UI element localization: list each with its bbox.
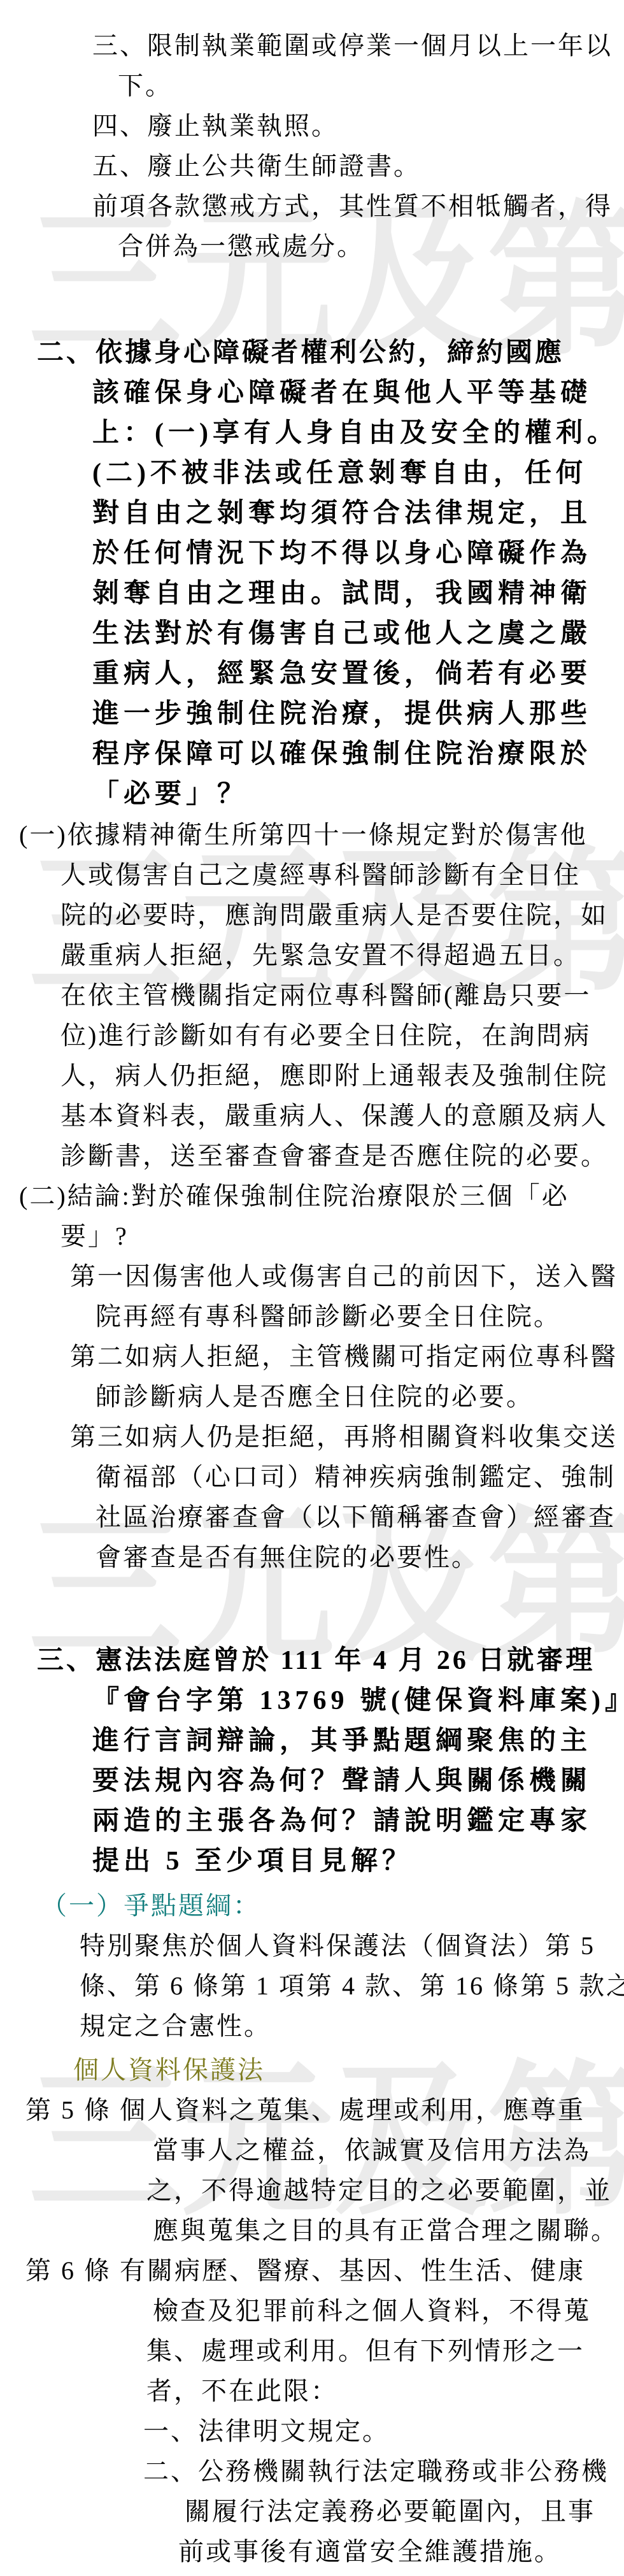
text-line: 三、憲法法庭曾於 111 年 4 月 26 日就審理 [0,1641,624,1681]
text-line: 合併為一懲戒處分。 [0,226,624,266]
text-line: 一、法律明文規定。 [0,2411,624,2451]
text-line: 集、處理或利用。但有下列情形之一 [0,2331,624,2371]
text-line: 程序保障可以確保強制住院治療限於 [0,734,624,775]
text-line: 第三如病人仍是拒絕，再將相關資料收集交送 [0,1417,624,1457]
document-page: 三元及第三元及第三元及第三元及第 三、限制執業範圍或停業一個月以上一年以下。四、… [0,0,624,2576]
text-line: 下。 [0,66,624,106]
text-line: 第一因傷害他人或傷害自己的前因下，送入醫 [0,1256,624,1296]
text-line: 於任何情況下均不得以身心障礙作為 [0,534,624,574]
text-line: 第二如病人拒絕，主管機關可指定兩位專科醫 [0,1336,624,1377]
text-line: 重病人，經緊急安置後，倘若有必要 [0,654,624,694]
text-line: 兩造的主張各為何？請說明鑑定專家 [0,1801,624,1842]
text-line: 當事人之權益，依誠實及信用方法為 [0,2130,624,2170]
text-line: 剝奪自由之理由。試問，我國精神衛 [0,574,624,614]
text-line: 個人資料保護法 [0,2050,624,2090]
text-line: 上：(一)享有人身自由及安全的權利。 [0,413,624,454]
text-line: 基本資料表，嚴重病人、保護人的意願及病人 [0,1096,624,1136]
text-line: 該確保身心障礙者在與他人平等基礎 [0,373,624,413]
text-line: 要法規內容為何？聲請人與關係機關 [0,1761,624,1801]
text-line: 特別聚焦於個人資料保護法（個資法）第 5 [0,1926,624,1966]
text-line: 人，病人仍拒絕，應即附上通報表及強制住院 [0,1055,624,1096]
text-line: (二)不被非法或任意剝奪自由，任何 [0,454,624,494]
text-line: 條、第 6 條第 1 項第 4 款、第 16 條第 5 款之 [0,1966,624,2006]
text-line: 三、限制執業範圍或停業一個月以上一年以 [0,25,624,66]
document-content: 三、限制執業範圍或停業一個月以上一年以下。四、廢止執業執照。五、廢止公共衛生師證… [0,0,624,2572]
text-line: 會審查是否有無住院的必要性。 [0,1537,624,1577]
text-line: 在依主管機關指定兩位專科醫師(離島只要一 [0,975,624,1015]
text-line: 師診斷病人是否應全日住院的必要。 [0,1377,624,1417]
text-line: 『會台字第 13769 號(健保資料庫案)』 [0,1681,624,1721]
text-line: 前或事後有適當安全維護措施。 [0,2531,624,2572]
text-line: 五、廢止公共衛生師證書。 [0,146,624,186]
text-line: 進行言詞辯論，其爭點題綱聚焦的主 [0,1721,624,1761]
text-line: 院的必要時，應詢問嚴重病人是否要住院，如 [0,895,624,935]
text-line: 第 5 條 個人資料之蒐集、處理或利用，應尊重 [0,2090,624,2130]
text-line: 衛福部（心口司）精神疾病強制鑑定、強制 [0,1457,624,1497]
text-line: 位)進行診斷如有有必要全日住院，在詢問病 [0,1015,624,1055]
text-line: 提出 5 至少項目見解？ [0,1842,624,1882]
text-line: 診斷書，送至審查會審查是否應住院的必要。 [0,1136,624,1176]
text-line: 「必要」？ [0,775,624,815]
text-line: 者，不在此限： [0,2371,624,2411]
text-line: 社區治療審查會（以下簡稱審查會）經審查 [0,1497,624,1537]
text-line: 檢查及犯罪前科之個人資料，不得蒐 [0,2291,624,2331]
text-line: 進一步強制住院治療，提供病人那些 [0,694,624,734]
text-line: 第 6 條 有關病歷、醫療、基因、性生活、健康 [0,2250,624,2291]
text-line: （一）爭點題綱： [0,1885,624,1926]
text-line: 院再經有專科醫師診斷必要全日住院。 [0,1296,624,1336]
text-line: 關履行法定義務必要範圍內，且事 [0,2491,624,2531]
text-line: (二)結論:對於確保強制住院治療限於三個「必 [0,1176,624,1216]
text-line: 規定之合憲性。 [0,2006,624,2046]
text-line: 人或傷害自己之虞經專科醫師診斷有全日住 [0,855,624,895]
text-line: 二、公務機關執行法定職務或非公務機 [0,2451,624,2491]
text-line: 應與蒐集之目的具有正當合理之關聯。 [0,2210,624,2250]
text-line: 對自由之剝奪均須符合法律規定，且 [0,494,624,534]
text-line: 生法對於有傷害自己或他人之虞之嚴 [0,614,624,654]
text-line: (一)依據精神衛生所第四十一條規定對於傷害他 [0,815,624,855]
text-line: 四、廢止執業執照。 [0,106,624,146]
text-line: 要」? [0,1216,624,1256]
text-line: 二、依據身心障礙者權利公約，締約國應 [0,333,624,373]
text-line: 之，不得逾越特定目的之必要範圍，並 [0,2170,624,2210]
text-line: 嚴重病人拒絕，先緊急安置不得超過五日。 [0,935,624,975]
text-line: 前項各款懲戒方式，其性質不相牴觸者，得 [0,186,624,226]
